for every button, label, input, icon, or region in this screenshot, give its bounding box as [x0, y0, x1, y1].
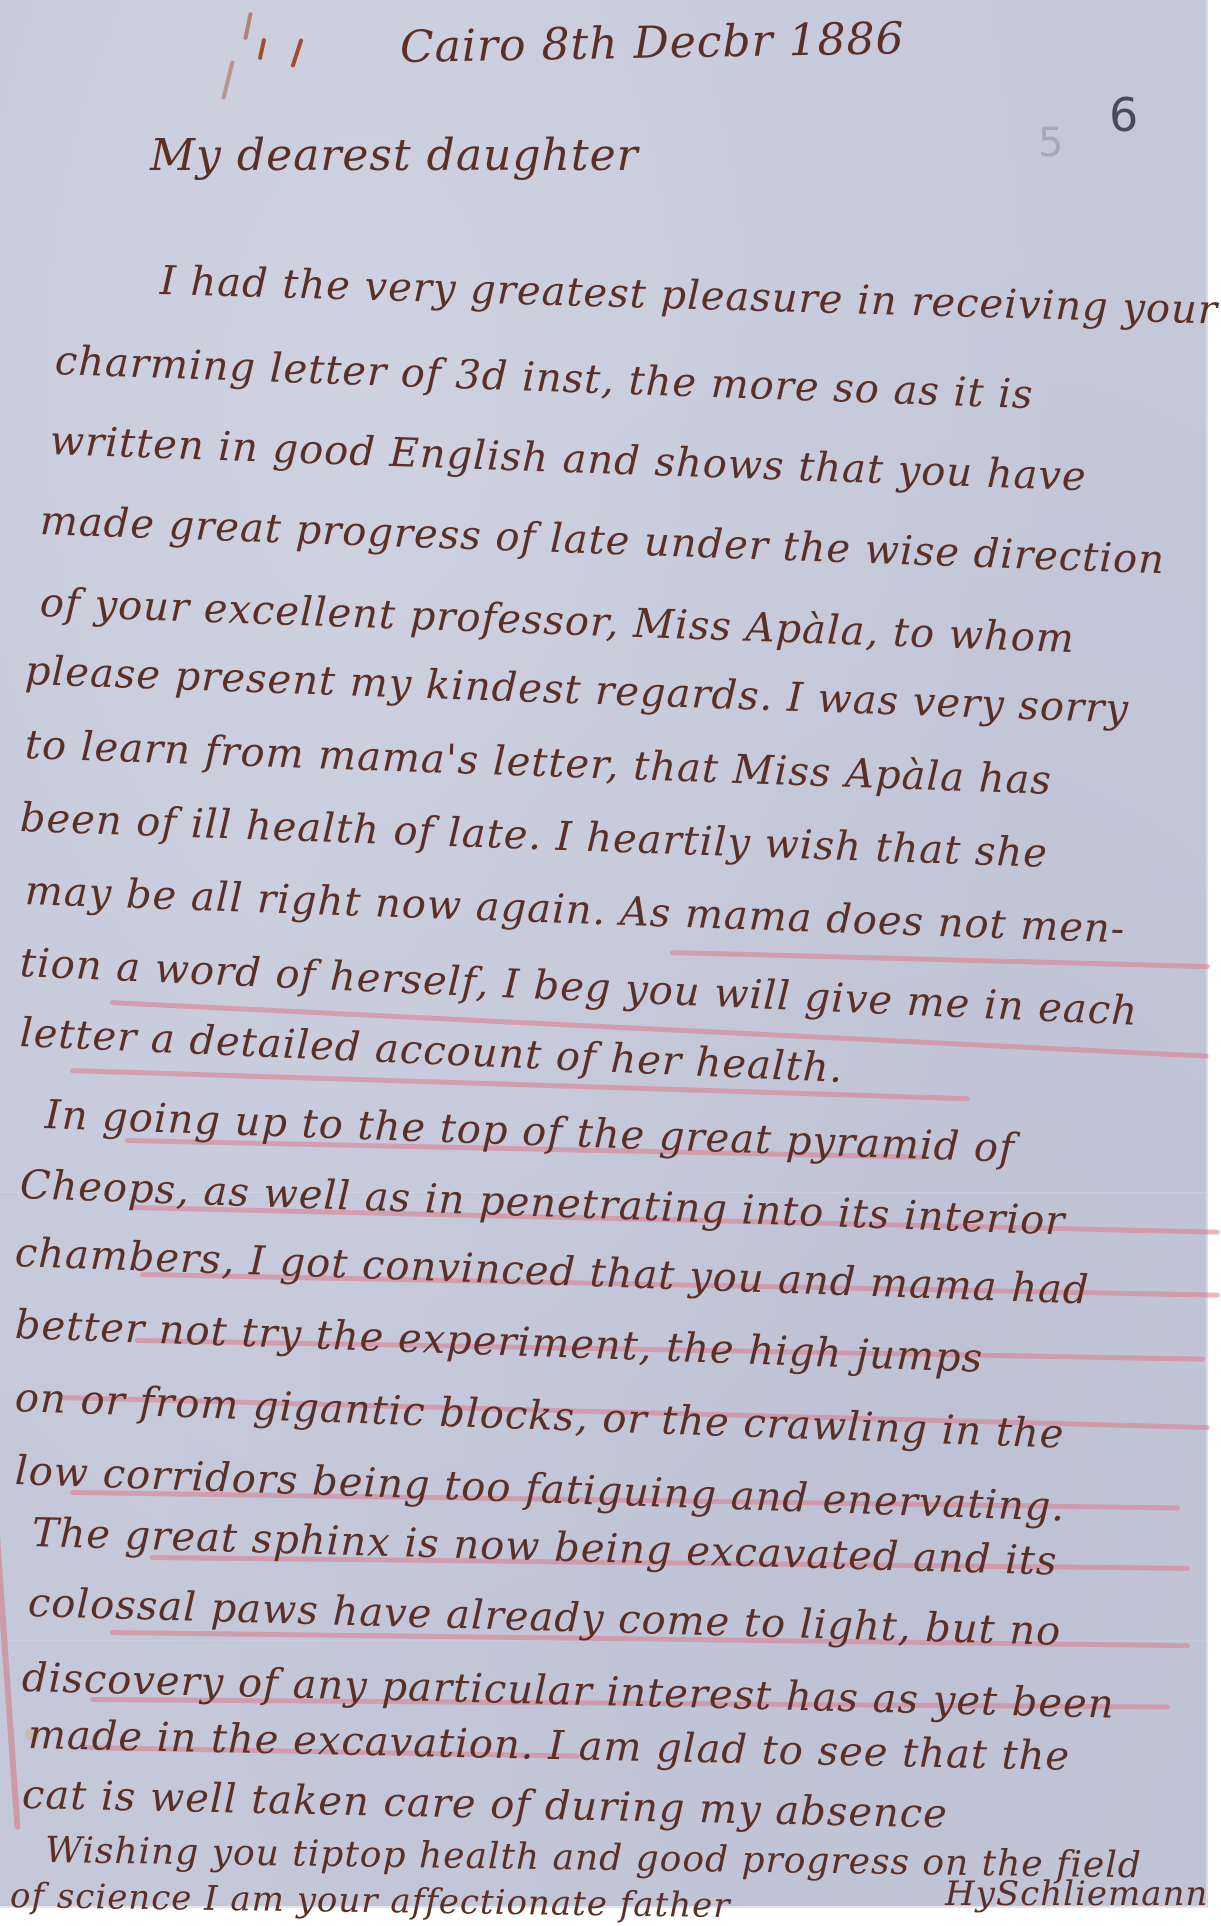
- letter-line: made great progress of late under the wi…: [39, 498, 1166, 583]
- margin-mark: [258, 38, 266, 60]
- letter-line: written in good English and shows that y…: [49, 418, 1087, 500]
- letter-line: on or from gigantic blocks, or the crawl…: [14, 1375, 1065, 1458]
- letter-line: of your excellent professor, Miss Apàla,…: [39, 580, 1075, 662]
- letter-line: cat is well taken care of during my abse…: [22, 1772, 949, 1837]
- letter-line: I had the very greatest pleasure in rece…: [159, 258, 1218, 334]
- letter-line: of science I am your affectionate father: [10, 1876, 731, 1914]
- letter-line: Cheops, as well as in penetrating into i…: [19, 1162, 1066, 1244]
- salutation: My dearest daughter: [150, 130, 639, 181]
- letter-line: chambers, I got convinced that you and m…: [14, 1230, 1090, 1313]
- letter-line: colossal paws have already come to light…: [27, 1580, 1062, 1655]
- faint-page-number: 5: [1038, 120, 1063, 166]
- letter-line: please present my kindest regards. I was…: [24, 648, 1129, 733]
- letter-line: may be all right now again. As mama does…: [24, 868, 1126, 952]
- letter-line: In going up to the top of the great pyra…: [44, 1092, 1015, 1172]
- letter-line: better not try the experiment, the high …: [14, 1302, 984, 1382]
- place-date: Cairo 8th Decbr 1886: [400, 13, 905, 73]
- letter-line: been of ill health of late. I heartily w…: [19, 795, 1049, 877]
- page-number: 6: [1109, 88, 1138, 142]
- letter-line: to learn from mama's letter, that Miss A…: [24, 722, 1052, 804]
- letter-line: charming letter of 3d inst, the more so …: [54, 338, 1034, 418]
- margin-mark: [221, 60, 235, 100]
- signature: HySchliemann: [945, 1874, 1208, 1914]
- red-pencil-line: [670, 950, 1210, 969]
- letter-page: 6 5 Cairo 8th Decbr 1886 My dearest daug…: [0, 0, 1208, 1908]
- margin-mark: [243, 12, 253, 40]
- margin-mark: [290, 38, 303, 68]
- red-margin-bracket: [0, 1470, 21, 1830]
